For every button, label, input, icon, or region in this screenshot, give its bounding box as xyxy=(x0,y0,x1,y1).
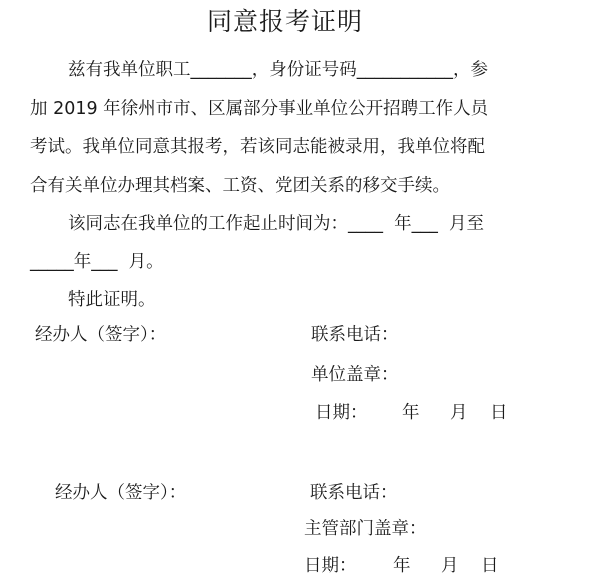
date-day-2: 日 xyxy=(481,554,499,578)
paragraph-line-6: _____年___ 月。 xyxy=(30,250,164,274)
date-label-2: 日期： xyxy=(304,554,357,578)
paragraph-line-1: 兹有我单位职工_______，身份证号码___________，参 xyxy=(68,58,488,82)
phone-label-2: 联系电话： xyxy=(310,481,398,505)
department-seal-label: 主管部门盖章： xyxy=(304,517,427,541)
document-title: 同意报考证明 xyxy=(0,6,600,38)
paragraph-line-2: 加 2019 年徐州市市、区属部分事业单位公开招聘工作人员 xyxy=(30,97,488,121)
date-year-1: 年 xyxy=(402,401,420,425)
paragraph-line-5: 该同志在我单位的工作起止时间为：____ 年___ 月至 xyxy=(68,212,484,236)
phone-label-1: 联系电话： xyxy=(311,323,399,347)
paragraph-line-3: 考试。我单位同意其报考，若该同志能被录用，我单位将配 xyxy=(30,135,485,159)
handler-signature-label-2: 经办人（签字）： xyxy=(55,481,186,505)
date-day-1: 日 xyxy=(490,401,508,425)
closing-line: 特此证明。 xyxy=(68,288,156,312)
date-month-2: 月 xyxy=(441,554,459,578)
title-text: 同意报考证明 xyxy=(207,7,363,36)
handler-signature-label-1: 经办人（签字）： xyxy=(35,323,166,347)
date-month-1: 月 xyxy=(450,401,468,425)
date-year-2: 年 xyxy=(393,554,411,578)
date-label-1: 日期： xyxy=(315,401,368,425)
paragraph-line-4: 合有关单位办理其档案、工资、党团关系的移交手续。 xyxy=(30,174,450,198)
unit-seal-label: 单位盖章： xyxy=(311,363,399,387)
